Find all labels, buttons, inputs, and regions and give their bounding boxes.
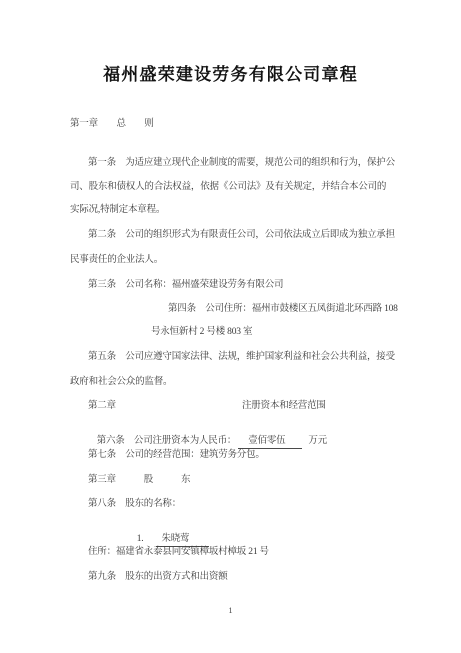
chapter-2-heading-number: 第二章	[88, 400, 116, 412]
page-number: 1	[0, 605, 461, 615]
article-7-line: 第七条 公司的经营范围：建筑劳务分包。	[88, 449, 265, 461]
article-2-line-2: 民事责任的企业法人。	[70, 254, 163, 266]
registered-capital-blank: 壹佰零伍	[238, 435, 302, 449]
article-6-suffix: 万元	[308, 436, 327, 446]
article-3-line: 第三条 公司名称：福州盛荣建设劳务有限公司	[88, 279, 283, 291]
article-5-line-1: 第五条 公司应遵守国家法律、法规，维护国家利益和社会公共利益，接受	[88, 351, 395, 363]
chapter-1-heading: 第一章 总 则	[70, 118, 154, 130]
article-4-line-1: 第四条 公司住所：福州市鼓楼区五凤街道北环西路 108	[168, 303, 398, 315]
chapter-3-heading: 第三章 股 东	[88, 474, 190, 486]
shareholder-index: 1.	[137, 534, 144, 544]
article-1-line-1: 第一条 为适应建立现代企业制度的需要，规范公司的组织和行为，保护公	[88, 157, 395, 169]
article-5-line-2: 政府和社会公众的监督。	[70, 376, 172, 388]
article-4-line-2: 号永恒新村 2 号楼 803 室	[151, 326, 252, 338]
article-2-line-1: 第二条 公司的组织形式为有限责任公司，公司依法成立后即成为独立承担	[88, 229, 395, 241]
document-title: 福州盛荣建设劳务有限公司章程	[0, 60, 461, 85]
chapter-2-heading: 第二章 注册资本和经营范围	[0, 400, 461, 414]
shareholder-name-blank: 朱晓莺	[156, 533, 209, 547]
article-9-line: 第九条 股东的出资方式和出资额	[88, 571, 228, 583]
shareholder-address-line: 住所：福建省永泰县同安镇樟坂村樟坂 21 号	[88, 546, 269, 558]
article-1-line-2: 司、股东和债权人的合法权益，依据《公司法》及有关规定，并结合本公司的	[70, 181, 386, 193]
article-8-line: 第八条 股东的名称：	[88, 498, 181, 510]
article-6-prefix: 第六条 公司注册资本为人民币：	[97, 436, 237, 446]
document-page: 福州盛荣建设劳务有限公司章程 第一章 总 则 第一条 为适应建立现代企业制度的需…	[0, 0, 461, 653]
article-1-line-3: 实际况,特制定本章程。	[70, 204, 165, 216]
chapter-2-heading-title: 注册资本和经营范围	[242, 400, 326, 412]
